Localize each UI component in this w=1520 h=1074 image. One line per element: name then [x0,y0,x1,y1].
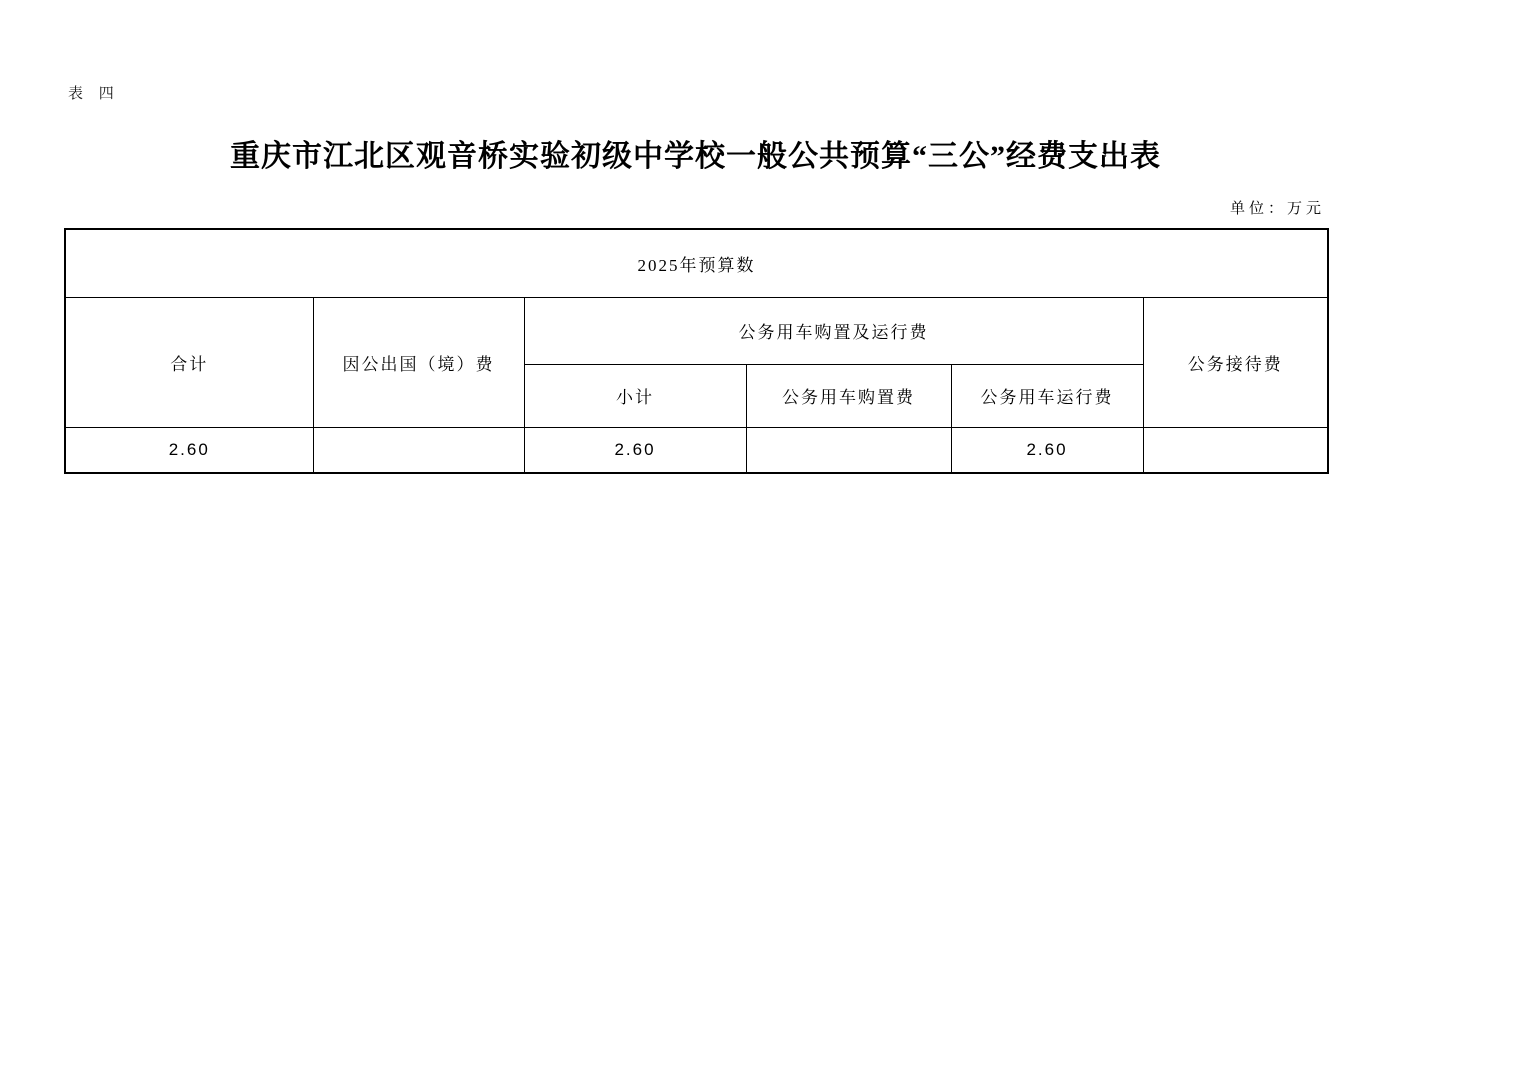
value-abroad-cell [313,427,524,473]
header-total-cell: 合计 [65,297,313,427]
table-row-year: 2025年预算数 [65,229,1328,297]
value-vehicle-purchase-cell [746,427,951,473]
value-vehicle-subtotal-cell: 2.60 [524,427,746,473]
year-header-cell: 2025年预算数 [65,229,1328,297]
table-number-label: 表 四 [68,82,120,103]
document-page: 表 四 重庆市江北区观音桥实验初级中学校一般公共预算“三公”经费支出表 单位：万… [0,0,1520,1074]
header-abroad-cell: 因公出国（境）费 [313,297,524,427]
header-vehicle-operation-cell: 公务用车运行费 [951,364,1143,427]
table-row-group-header: 合计 因公出国（境）费 公务用车购置及运行费 公务接待费 [65,297,1328,364]
budget-table: 2025年预算数 合计 因公出国（境）费 公务用车购置及运行费 公务接待费 小计… [64,228,1329,474]
header-vehicle-subtotal-cell: 小计 [524,364,746,427]
header-vehicle-group-cell: 公务用车购置及运行费 [524,297,1143,364]
value-total-cell: 2.60 [65,427,313,473]
table-row-values: 2.60 2.60 2.60 [65,427,1328,473]
header-reception-cell: 公务接待费 [1143,297,1328,427]
unit-note: 单位：万元 [64,197,1327,218]
value-vehicle-operation-cell: 2.60 [951,427,1143,473]
header-vehicle-purchase-cell: 公务用车购置费 [746,364,951,427]
value-reception-cell [1143,427,1328,473]
document-title: 重庆市江北区观音桥实验初级中学校一般公共预算“三公”经费支出表 [64,131,1327,175]
